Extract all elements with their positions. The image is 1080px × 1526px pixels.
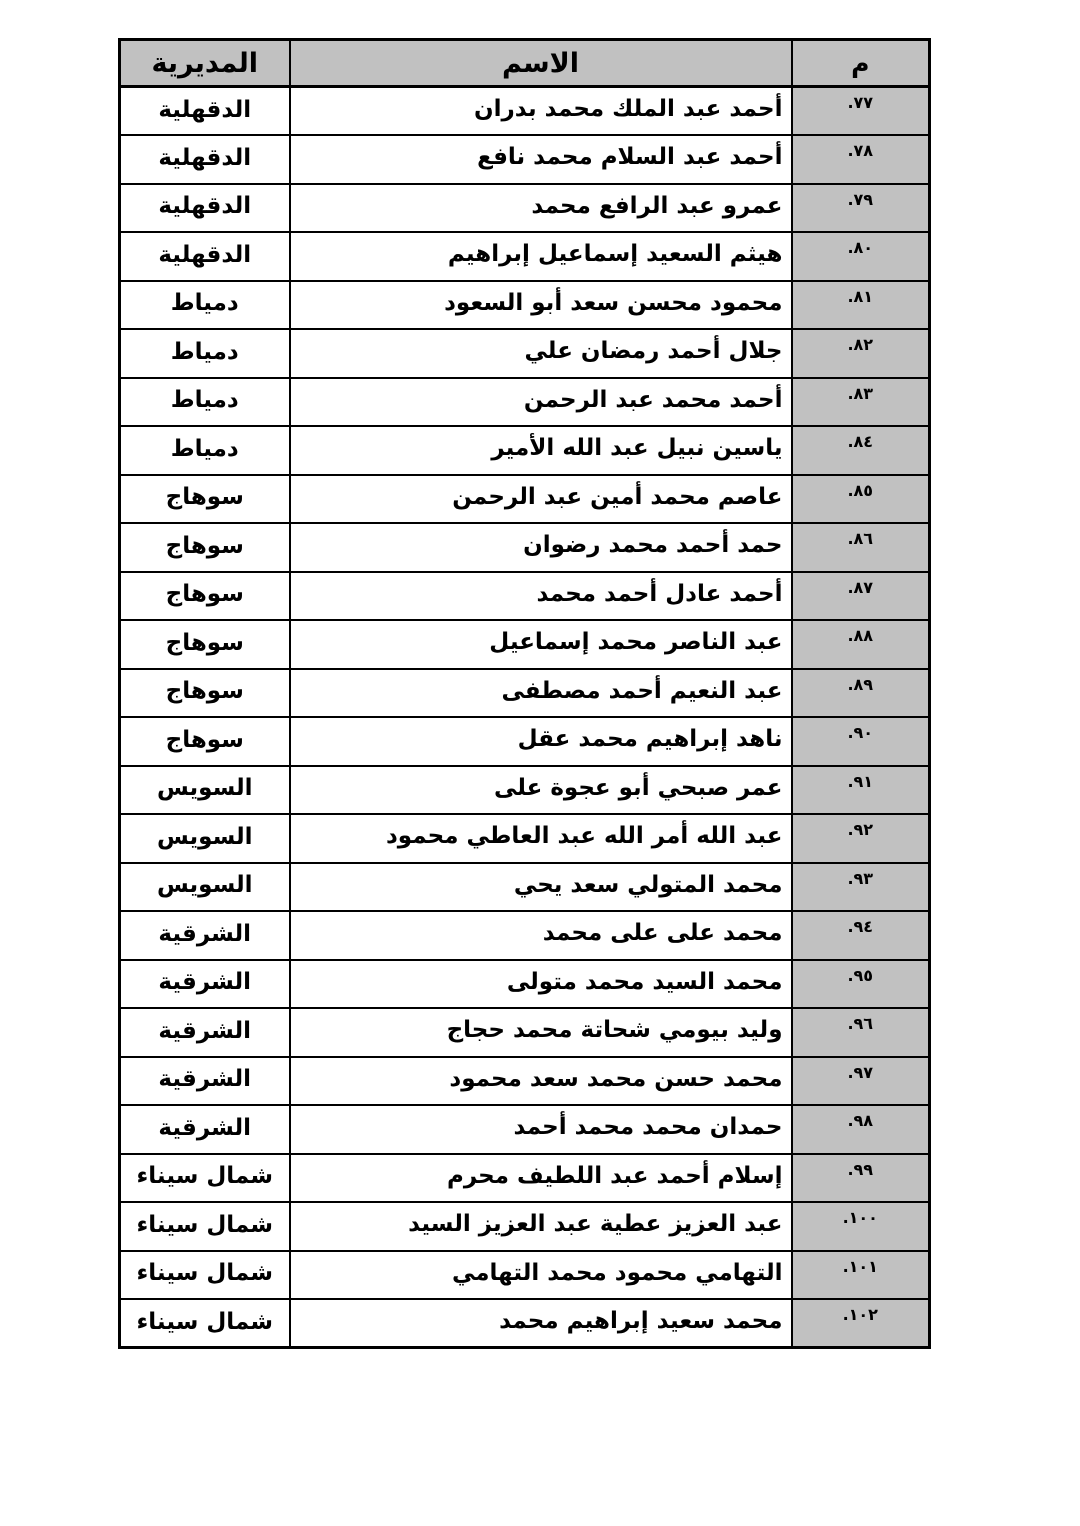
directorate-cell: الشرقية	[120, 1057, 290, 1106]
table-row: ٩٥.محمد السيد محمد متولىالشرقية	[120, 960, 930, 1009]
directorate-cell: سوهاج	[120, 669, 290, 718]
table-row: ٨٥.عاصم محمد أمين عبد الرحمنسوهاج	[120, 475, 930, 524]
table-row: ٧٩.عمرو عبد الرافع محمدالدقهلية	[120, 184, 930, 233]
row-number-cell: ٩٠.	[792, 717, 930, 766]
table-row: ٨٦.حمد أحمد محمد رضوانسوهاج	[120, 523, 930, 572]
roster-table: م الاسم المديرية ٧٧.أحمد عبد الملك محمد …	[118, 38, 931, 1349]
directorate-cell: السويس	[120, 766, 290, 815]
column-header-name: الاسم	[290, 40, 792, 87]
directorate-cell: السويس	[120, 814, 290, 863]
row-number-cell: ٩٤.	[792, 911, 930, 960]
directorate-cell: شمال سيناء	[120, 1154, 290, 1203]
header-row: م الاسم المديرية	[120, 40, 930, 87]
table-row: ٩٠.ناهد إبراهيم محمد عقلسوهاج	[120, 717, 930, 766]
table-row: ٩٤.محمد على على محمدالشرقية	[120, 911, 930, 960]
table-row: ٩٣.محمد المتولي سعد يحيالسويس	[120, 863, 930, 912]
row-number-cell: ٩٨.	[792, 1105, 930, 1154]
name-cell: عبد النعيم أحمد مصطفى	[290, 669, 792, 718]
directorate-cell: شمال سيناء	[120, 1202, 290, 1251]
row-number-cell: ٧٨.	[792, 135, 930, 184]
name-cell: التهامي محمود محمد التهامي	[290, 1251, 792, 1300]
table-row: ٩١.عمر صبحي أبو عجوة علىالسويس	[120, 766, 930, 815]
name-cell: أحمد عادل أحمد محمد	[290, 572, 792, 621]
table-row: ١٠١.التهامي محمود محمد التهاميشمال سيناء	[120, 1251, 930, 1300]
table-row: ٨٤.ياسين نبيل عبد الله الأميردمياط	[120, 426, 930, 475]
table-row: ١٠٢.محمد سعيد إبراهيم محمدشمال سيناء	[120, 1299, 930, 1348]
name-cell: محمد على على محمد	[290, 911, 792, 960]
table-row: ٨٣.أحمد محمد عبد الرحمندمياط	[120, 378, 930, 427]
table-row: ٩٦.وليد بيومي شحاتة محمد حجاجالشرقية	[120, 1008, 930, 1057]
directorate-cell: الشرقية	[120, 960, 290, 1009]
table-row: ٧٨.أحمد عبد السلام محمد نافعالدقهلية	[120, 135, 930, 184]
name-cell: عبد الله أمر الله عبد العاطي محمود	[290, 814, 792, 863]
name-cell: ياسين نبيل عبد الله الأمير	[290, 426, 792, 475]
row-number-cell: ٨٣.	[792, 378, 930, 427]
table-row: ٨٧.أحمد عادل أحمد محمدسوهاج	[120, 572, 930, 621]
table-row: ٨٢.جلال أحمد رمضان عليدمياط	[120, 329, 930, 378]
name-cell: هيثم السعيد إسماعيل إبراهيم	[290, 232, 792, 281]
name-cell: وليد بيومي شحاتة محمد حجاج	[290, 1008, 792, 1057]
name-cell: إسلام أحمد عبد اللطيف محرم	[290, 1154, 792, 1203]
name-cell: محمود محسن سعد أبو السعود	[290, 281, 792, 330]
row-number-cell: ٨٠.	[792, 232, 930, 281]
row-number-cell: ٩٥.	[792, 960, 930, 1009]
name-cell: أحمد عبد السلام محمد نافع	[290, 135, 792, 184]
directorate-cell: الدقهلية	[120, 232, 290, 281]
roster-table-container: م الاسم المديرية ٧٧.أحمد عبد الملك محمد …	[118, 38, 928, 1349]
directorate-cell: دمياط	[120, 378, 290, 427]
name-cell: ناهد إبراهيم محمد عقل	[290, 717, 792, 766]
name-cell: محمد السيد محمد متولى	[290, 960, 792, 1009]
table-row: ١٠٠.عبد العزيز عطية عبد العزيز السيدشمال…	[120, 1202, 930, 1251]
row-number-cell: ٩٧.	[792, 1057, 930, 1106]
name-cell: عبد الناصر محمد إسماعيل	[290, 620, 792, 669]
name-cell: عمرو عبد الرافع محمد	[290, 184, 792, 233]
directorate-cell: دمياط	[120, 281, 290, 330]
directorate-cell: الدقهلية	[120, 87, 290, 136]
column-header-directorate: المديرية	[120, 40, 290, 87]
table-row: ٩٩.إسلام أحمد عبد اللطيف محرمشمال سيناء	[120, 1154, 930, 1203]
row-number-cell: ٩٩.	[792, 1154, 930, 1203]
table-row: ٩٨.حمدان محمد محمد أحمدالشرقية	[120, 1105, 930, 1154]
directorate-cell: سوهاج	[120, 620, 290, 669]
directorate-cell: سوهاج	[120, 572, 290, 621]
name-cell: حمد أحمد محمد رضوان	[290, 523, 792, 572]
table-row: ٧٧.أحمد عبد الملك محمد بدرانالدقهلية	[120, 87, 930, 136]
directorate-cell: السويس	[120, 863, 290, 912]
name-cell: أحمد عبد الملك محمد بدران	[290, 87, 792, 136]
directorate-cell: شمال سيناء	[120, 1251, 290, 1300]
column-header-number: م	[792, 40, 930, 87]
row-number-cell: ١٠٢.	[792, 1299, 930, 1348]
row-number-cell: ٨٤.	[792, 426, 930, 475]
row-number-cell: ٧٩.	[792, 184, 930, 233]
row-number-cell: ٩١.	[792, 766, 930, 815]
row-number-cell: ٨٧.	[792, 572, 930, 621]
table-row: ٩٧.محمد حسن محمد سعد محمودالشرقية	[120, 1057, 930, 1106]
directorate-cell: الشرقية	[120, 1105, 290, 1154]
row-number-cell: ٨٦.	[792, 523, 930, 572]
table-row: ٨١.محمود محسن سعد أبو السعوددمياط	[120, 281, 930, 330]
directorate-cell: الشرقية	[120, 1008, 290, 1057]
directorate-cell: الدقهلية	[120, 135, 290, 184]
directorate-cell: سوهاج	[120, 717, 290, 766]
name-cell: محمد المتولي سعد يحي	[290, 863, 792, 912]
row-number-cell: ٩٣.	[792, 863, 930, 912]
row-number-cell: ٨٢.	[792, 329, 930, 378]
name-cell: عبد العزيز عطية عبد العزيز السيد	[290, 1202, 792, 1251]
row-number-cell: ٨٨.	[792, 620, 930, 669]
directorate-cell: دمياط	[120, 329, 290, 378]
table-row: ٨٩.عبد النعيم أحمد مصطفىسوهاج	[120, 669, 930, 718]
table-row: ٨٨.عبد الناصر محمد إسماعيلسوهاج	[120, 620, 930, 669]
name-cell: حمدان محمد محمد أحمد	[290, 1105, 792, 1154]
name-cell: عاصم محمد أمين عبد الرحمن	[290, 475, 792, 524]
name-cell: جلال أحمد رمضان علي	[290, 329, 792, 378]
directorate-cell: شمال سيناء	[120, 1299, 290, 1348]
table-row: ٨٠.هيثم السعيد إسماعيل إبراهيمالدقهلية	[120, 232, 930, 281]
row-number-cell: ٧٧.	[792, 87, 930, 136]
name-cell: محمد سعيد إبراهيم محمد	[290, 1299, 792, 1348]
row-number-cell: ٩٢.	[792, 814, 930, 863]
directorate-cell: الشرقية	[120, 911, 290, 960]
directorate-cell: دمياط	[120, 426, 290, 475]
row-number-cell: ٨٩.	[792, 669, 930, 718]
directorate-cell: سوهاج	[120, 475, 290, 524]
directorate-cell: الدقهلية	[120, 184, 290, 233]
row-number-cell: ٨١.	[792, 281, 930, 330]
name-cell: محمد حسن محمد سعد محمود	[290, 1057, 792, 1106]
table-body: ٧٧.أحمد عبد الملك محمد بدرانالدقهلية٧٨.أ…	[120, 87, 930, 1348]
table-row: ٩٢.عبد الله أمر الله عبد العاطي محمودالس…	[120, 814, 930, 863]
document-page: م الاسم المديرية ٧٧.أحمد عبد الملك محمد …	[0, 0, 1080, 1526]
row-number-cell: ١٠٠.	[792, 1202, 930, 1251]
row-number-cell: ٨٥.	[792, 475, 930, 524]
name-cell: عمر صبحي أبو عجوة على	[290, 766, 792, 815]
row-number-cell: ٩٦.	[792, 1008, 930, 1057]
row-number-cell: ١٠١.	[792, 1251, 930, 1300]
directorate-cell: سوهاج	[120, 523, 290, 572]
name-cell: أحمد محمد عبد الرحمن	[290, 378, 792, 427]
